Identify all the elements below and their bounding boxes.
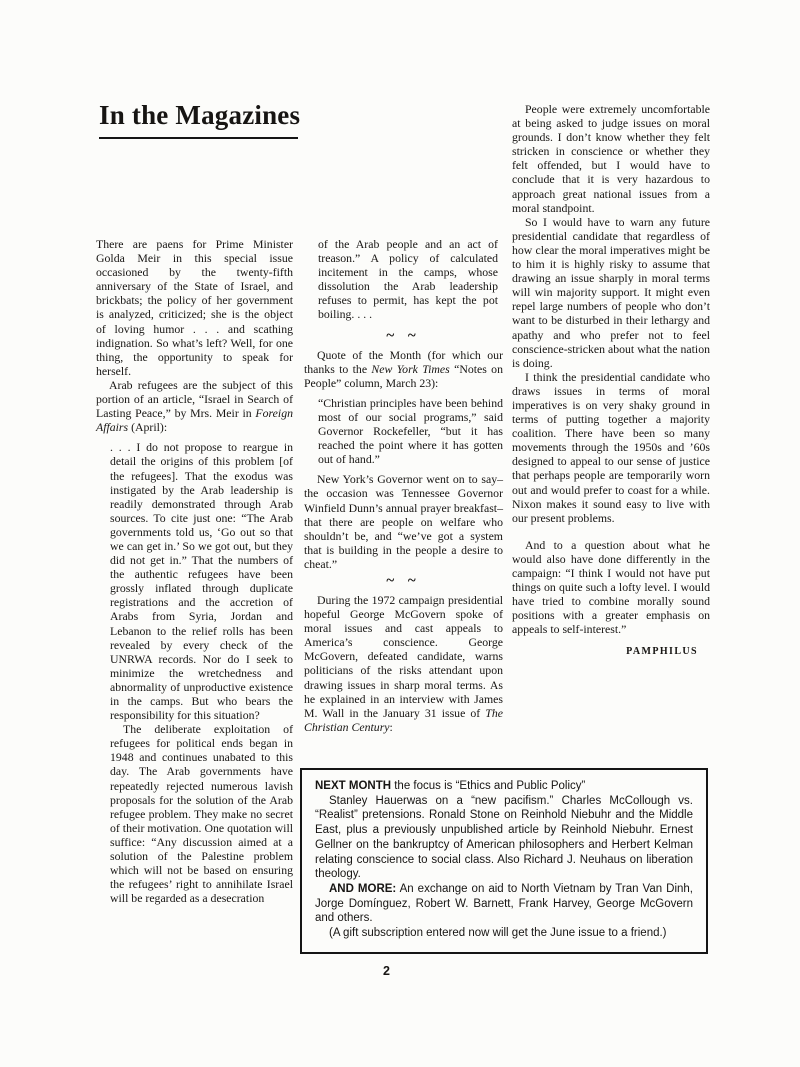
next-month-box: NEXT MONTH the focus is “Ethics and Publ… [300,768,708,954]
right-column: People were extremely uncomfortable at b… [512,102,710,660]
left-column: There are paens for Prime Minister Golda… [96,237,293,911]
box-gift-note: (A gift subscription entered now will ge… [315,926,693,941]
signature: PAMPHILUS [512,645,710,659]
page-title: In the Magazines [99,100,299,130]
interview-paragraph: And to a question about what he would al… [512,538,710,637]
magazine-page: In the Magazines There are paens for Pri… [0,0,800,1067]
arab-refugees-paragraph: Arab refugees are the subject of this po… [96,378,293,434]
tilde-divider: ~ ~ [304,573,503,590]
interview-paragraph: So I would have to warn any future presi… [512,215,710,370]
mcgovern-paragraph: During the 1972 campaign presidential ho… [304,593,503,734]
quote-paragraph: of the Arab people and an act of treason… [318,237,498,322]
masthead: In the Magazines [99,100,299,139]
tilde-divider: ~ ~ [304,328,503,345]
quote-paragraph: . . . I do not propose to reargue in det… [110,440,293,722]
interview-paragraph: People were extremely uncomfortable at b… [512,102,710,215]
box-heading: NEXT MONTH the focus is “Ethics and Publ… [315,779,693,794]
intro-paragraph: There are paens for Prime Minister Golda… [96,237,293,378]
quote-of-month-paragraph: Quote of the Month (for which our thanks… [304,348,503,390]
quote-paragraph: “Christian principles have been behind m… [318,396,503,466]
meir-excerpt-quote-continuation: of the Arab people and an act of treason… [318,237,498,322]
quote-paragraph: The deliberate exploitation of refugees … [110,722,293,905]
rockefeller-quote: “Christian principles have been behind m… [318,396,503,466]
box-and-more: AND MORE: An exchange on aid to North Vi… [315,882,693,926]
interview-paragraph: I think the presidential candidate who d… [512,370,710,525]
page-number: 2 [383,964,390,978]
middle-column: of the Arab people and an act of treason… [304,237,503,734]
title-rule [99,137,298,139]
meir-excerpt-quote: . . . I do not propose to reargue in det… [110,440,293,905]
governor-paragraph: New York’s Governor went on to say–the o… [304,472,503,571]
box-body: Stanley Hauerwas on a “new pacifism.” Ch… [315,794,693,882]
